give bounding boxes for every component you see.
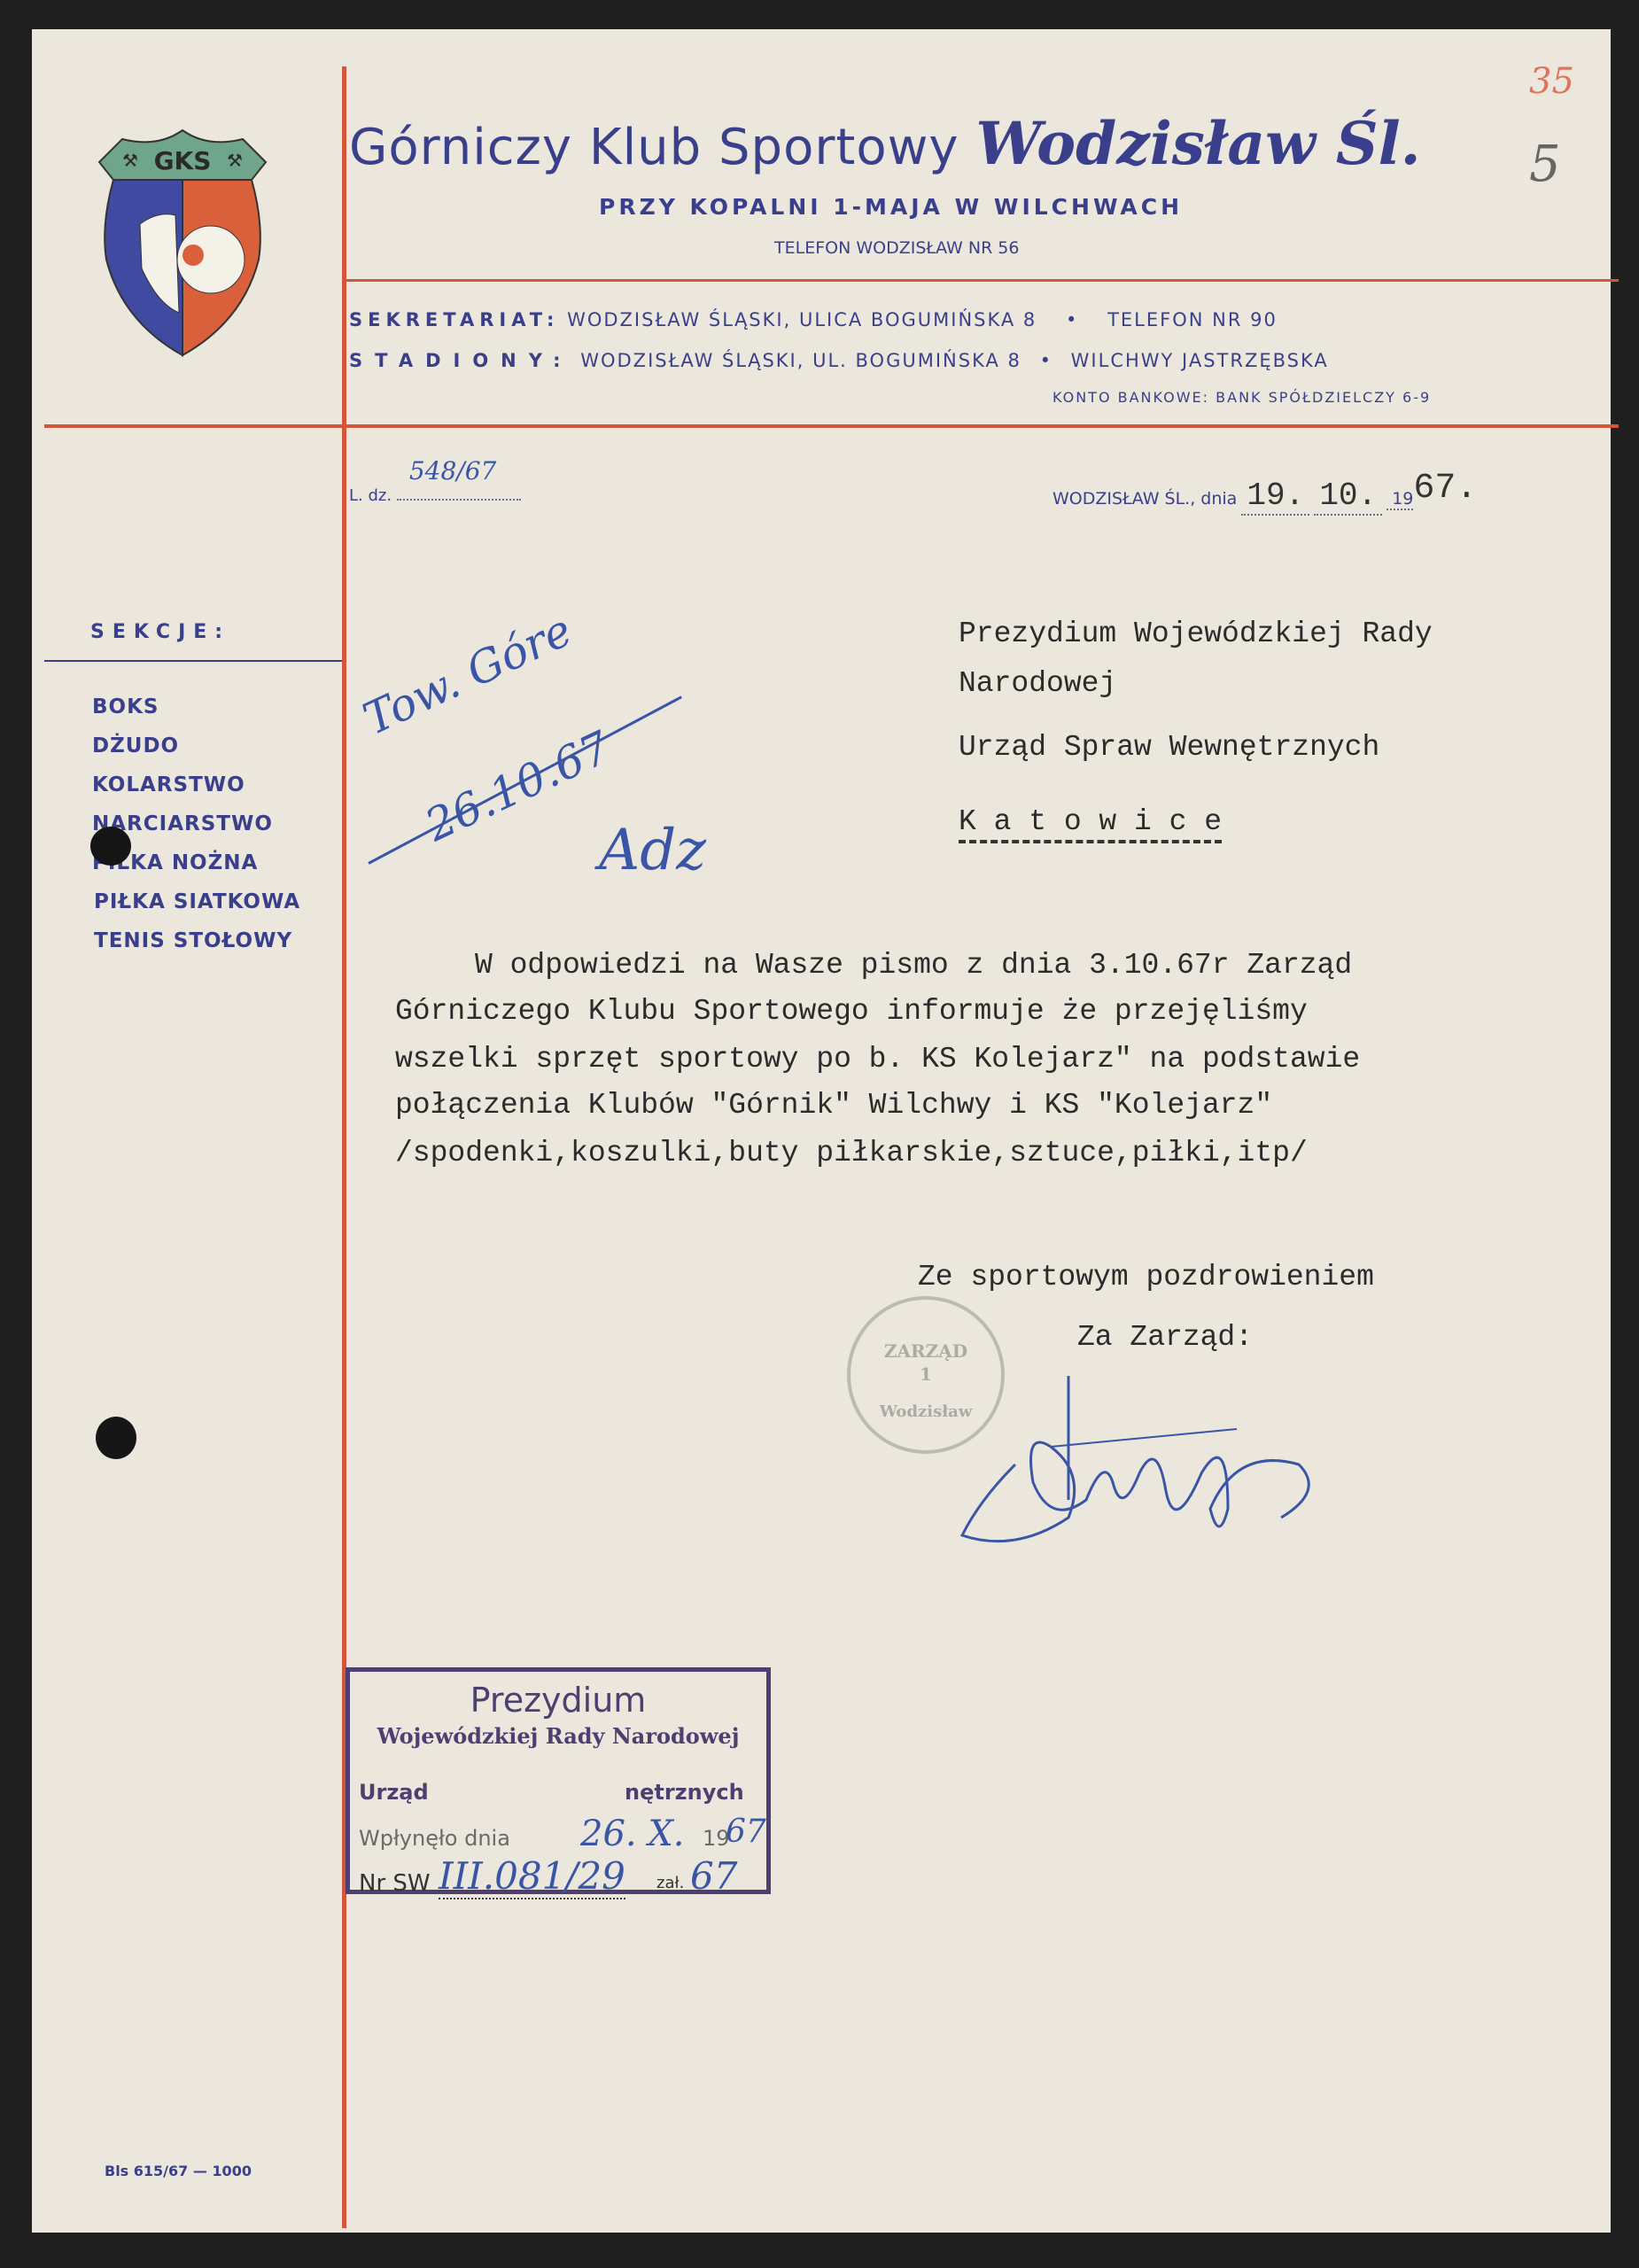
annotation-initials: Adz xyxy=(599,818,706,883)
stamp-received-value: 26. X. xyxy=(580,1814,685,1854)
stamp-line-3-right: nętrznych xyxy=(625,1780,744,1805)
stadiony-extra: WILCHWY JASTRZĘBSKA xyxy=(1071,350,1329,371)
date-month: 10. xyxy=(1314,478,1382,516)
club-title-script: Wodzisław Śl. xyxy=(975,109,1420,178)
punch-hole xyxy=(90,827,131,866)
ldz-field: L. dz. 548/67 xyxy=(349,485,521,505)
date-line: WODZISŁAW ŚL., dnia 19. 10. 1967. xyxy=(1053,476,1477,516)
stadiony-label: STADIONY: xyxy=(349,350,573,371)
sekretariat-label: SEKRETARIAT: xyxy=(349,309,559,330)
section-item: PIŁKA SIATKOWA xyxy=(94,890,300,913)
closing-board: Za Zarząd: xyxy=(1077,1321,1253,1354)
recipient-line-2: Narodowej xyxy=(959,667,1116,700)
ldz-label: L. dz. xyxy=(349,486,392,505)
annotation-date: 26.10.67 xyxy=(417,721,618,851)
stamp-line-2: Wojewódzkiej Rady Narodowej xyxy=(350,1723,766,1749)
handwritten-annotation: Tow. Góre 26.10.67 Adz xyxy=(369,623,705,906)
annotation-text: Tow. Góre xyxy=(355,604,579,745)
signature xyxy=(944,1367,1343,1565)
sections-divider xyxy=(44,660,342,662)
stamp-received-year: 67 xyxy=(726,1814,766,1850)
date-year-prefix: 19 xyxy=(1387,489,1413,510)
letter-page: GKS ⚒ ⚒ Górniczy Klub Sportowy Wodzisław… xyxy=(32,29,1611,2233)
recipient-line-3: Urząd Spraw Wewnętrznych xyxy=(959,731,1379,764)
recipient-city: K a t o w i c e xyxy=(959,805,1222,843)
stamp-line-3-left: Urząd xyxy=(359,1780,429,1805)
section-item: KOLARSTWO xyxy=(92,773,245,796)
svg-text:GKS: GKS xyxy=(154,146,212,175)
club-phone-line: TELEFON WODZISŁAW NR 56 xyxy=(774,238,1019,258)
body-line: W odpowiedzi na Wasze pismo z dnia 3.10.… xyxy=(475,949,1352,982)
red-folio-number: 35 xyxy=(1529,61,1574,102)
stadiony-address: WODZISŁAW ŚLĄSKI, UL. BOGUMIŃSKA 8 xyxy=(580,350,1021,371)
vertical-margin-rule xyxy=(342,66,346,2228)
print-code: Bls 615/67 — 1000 xyxy=(105,2163,252,2179)
ldz-value: 548/67 xyxy=(409,456,497,485)
date-day: 19. xyxy=(1241,478,1309,516)
section-item: TENIS STOŁOWY xyxy=(94,929,292,952)
stamp-received-label: Wpłynęło dnia xyxy=(359,1826,510,1851)
place-label: WODZISŁAW ŚL., dnia xyxy=(1053,489,1237,509)
club-subtitle: PRZY KOPALNI 1-MAJA W WILCHWACH xyxy=(599,194,1183,220)
stamp-line-1: Prezydium xyxy=(350,1681,766,1720)
grey-folio-number: 5 xyxy=(1529,136,1561,193)
stadiony-line: STADIONY: WODZISŁAW ŚLĄSKI, UL. BOGUMIŃS… xyxy=(349,350,1329,371)
stamp-nr-year: 67 xyxy=(690,1854,737,1898)
bank-account: KONTO BANKOWE: BANK SPÓŁDZIELCZY 6-9 xyxy=(1053,389,1431,406)
sections-title: SEKCJE: xyxy=(90,621,230,643)
stamp-nr-value: III.081/29 xyxy=(439,1854,625,1899)
club-crest-icon: GKS ⚒ ⚒ xyxy=(87,127,278,359)
header-divider xyxy=(346,279,1619,282)
svg-text:⚒: ⚒ xyxy=(227,150,243,171)
recipient-line-1: Prezydium Wojewódzkiej Rady xyxy=(959,617,1433,650)
section-item: BOKS xyxy=(92,695,159,718)
body-line: wszelki sprzęt sportowy po b. KS Kolejar… xyxy=(395,1043,1360,1076)
closing-greeting: Ze sportowym pozdrowieniem xyxy=(918,1261,1374,1293)
club-title-plain: Górniczy Klub Sportowy xyxy=(349,119,959,176)
sekretariat-phone: TELEFON NR 90 xyxy=(1107,309,1278,330)
svg-text:⚒: ⚒ xyxy=(122,150,138,171)
body-line: połączenia Klubów "Górnik" Wilchwy i KS … xyxy=(395,1089,1272,1122)
section-item: DŻUDO xyxy=(92,734,179,757)
club-title: Górniczy Klub Sportowy Wodzisław Śl. xyxy=(349,109,1421,178)
header-bottom-rule xyxy=(44,424,1619,428)
date-year-suffix: 67. xyxy=(1413,469,1477,509)
stamp-zal-label: zał. xyxy=(656,1874,684,1892)
sekretariat-line: SEKRETARIAT: WODZISŁAW ŚLĄSKI, ULICA BOG… xyxy=(349,309,1278,330)
body-line: /spodenki,koszulki,buty piłkarskie,sztuc… xyxy=(395,1137,1308,1169)
receipt-stamp: Prezydium Wojewódzkiej Rady Narodowej Ur… xyxy=(346,1667,771,1894)
body-line: Górniczego Klubu Sportowego informuje że… xyxy=(395,995,1308,1028)
stamp-nr-label: Nr SW xyxy=(359,1870,431,1897)
round-stamp-center: ZARZĄD xyxy=(851,1340,1001,1362)
punch-hole xyxy=(96,1417,136,1459)
sekretariat-address: WODZISŁAW ŚLĄSKI, ULICA BOGUMIŃSKA 8 xyxy=(567,309,1037,330)
